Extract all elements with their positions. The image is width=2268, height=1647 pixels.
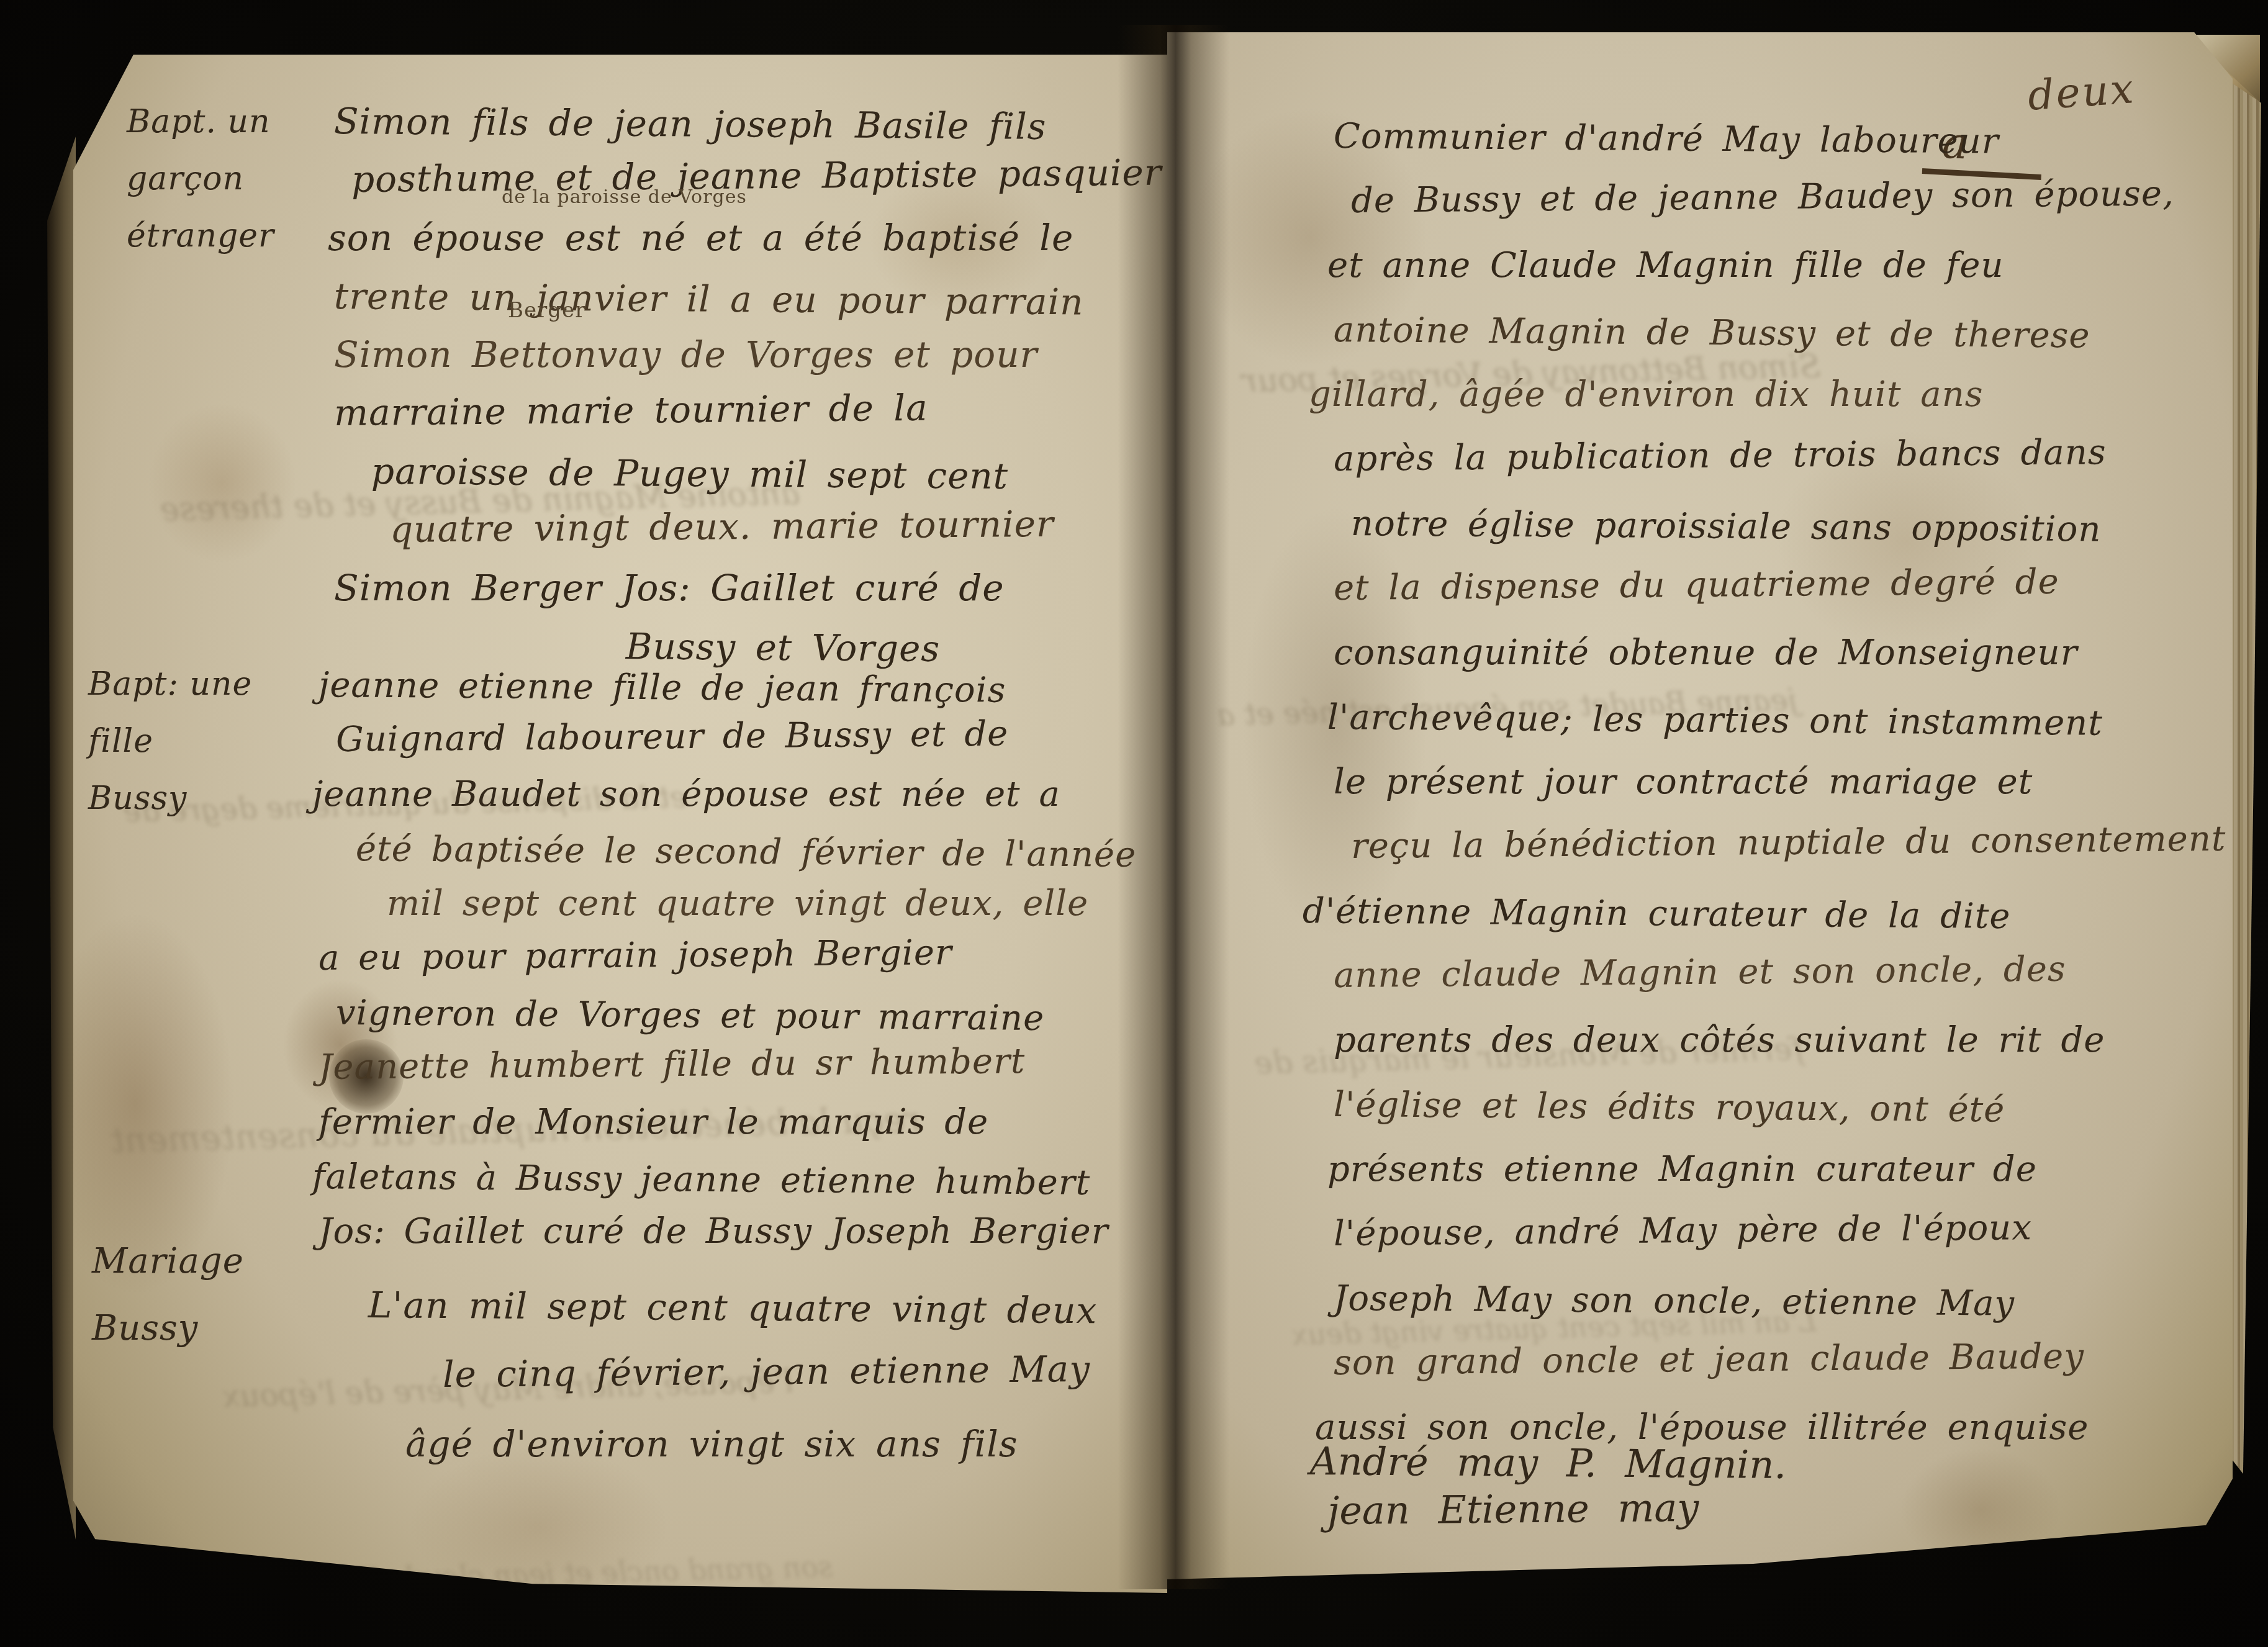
manuscript-line: trente un janvier il a eu pour parrain xyxy=(334,267,1162,332)
baptism-record-jeanne-etienne: jeanne etienne fille de jean françoisGui… xyxy=(319,658,1136,1259)
manuscript-photo: antoine Magnin de Bussy et de therese et… xyxy=(0,0,2268,1647)
right-page: Simon Bettonvay de Vorges et pour jeanne… xyxy=(1167,32,2233,1579)
margin-note-line: étranger xyxy=(127,207,274,264)
interline-insertion: de la paroisse de Vorges xyxy=(502,186,747,208)
margin-note-baptism-boy: Bapt. ungarçonétranger xyxy=(127,93,274,264)
manuscript-line: antoine Magnin de Bussy et de therese xyxy=(1334,298,2226,369)
manuscript-line: après la publication de trois bancs dans xyxy=(1334,419,2226,492)
margin-note-line: Bussy xyxy=(88,770,252,827)
marriage-record-continuation: Communier d'andré May laboureurde Bussy … xyxy=(1334,104,2226,1460)
margin-note-line: Bapt. un xyxy=(127,93,274,150)
signatures: André may P. Magnin.jean Etienne may xyxy=(1310,1437,1786,1536)
manuscript-line: faletans à Bussy jeanne etienne humbert xyxy=(312,1150,1137,1211)
margin-note-line: Mariage xyxy=(92,1228,244,1295)
manuscript-line: consanguinité obtenue de Monseigneur xyxy=(1334,621,2226,685)
signature-line: André may P. Magnin. xyxy=(1310,1437,1787,1490)
manuscript-line: le cinq février, jean etienne May xyxy=(443,1334,1098,1409)
book-spine-edge xyxy=(47,137,76,1540)
manuscript-line: L'an mil sept cent quatre vingt deux xyxy=(368,1270,1098,1345)
manuscript-line: son grand oncle et jean claude Baudey xyxy=(1334,1323,2226,1396)
manuscript-line: et anne Claude Magnin fille de feu xyxy=(1327,233,2226,298)
manuscript-line: Jeanette humbert fille du sr humbert xyxy=(319,1034,1137,1095)
margin-note-line: fille xyxy=(88,713,252,770)
manuscript-line: reçu la bénédiction nuptiale du consente… xyxy=(1351,807,2226,879)
manuscript-line: a eu pour parrain joseph Bergier xyxy=(319,924,1137,986)
manuscript-line: gillard, âgée d'environ dix huit ans xyxy=(1309,363,2226,427)
manuscript-line: et la dispense du quatrieme degré de xyxy=(1334,548,2226,621)
marriage-record-start: L'an mil sept cent quatre vingt deuxle c… xyxy=(368,1270,1097,1479)
bleed-through-text: son grand oncle et jean claude Baudey xyxy=(271,1550,833,1593)
manuscript-line: Jos: Gaillet curé de Bussy Joseph Bergie… xyxy=(319,1204,1136,1259)
margin-note-line: Bussy xyxy=(92,1295,244,1362)
manuscript-line: Simon Berger Jos: Gaillet curé de xyxy=(334,559,1162,617)
manuscript-line: quatre vingt deux. marie tournier xyxy=(390,494,1162,559)
manuscript-line: mil sept cent quatre vingt deux, elle xyxy=(387,877,1136,931)
paper-stain xyxy=(1900,1448,2061,1572)
margin-note-baptism-girl: Bapt: unefilleBussy xyxy=(88,656,252,827)
manuscript-line: l'archevêque; les parties ont instamment xyxy=(1327,685,2226,757)
manuscript-line: le présent jour contracté mariage et xyxy=(1334,750,2226,814)
manuscript-line: Simon Bettonvay de Vorges et pour xyxy=(334,325,1162,384)
manuscript-line: fermier de Monsieur le marquis de xyxy=(319,1095,1136,1150)
manuscript-line: son épouse est né et a été baptisé le xyxy=(328,209,1162,267)
signature-line: jean Etienne may xyxy=(1327,1482,1787,1536)
manuscript-line: parents des deux côtés suivant le rit de xyxy=(1334,1008,2226,1073)
left-page: antoine Magnin de Bussy et de therese et… xyxy=(73,55,1167,1593)
margin-note-line: garçon xyxy=(127,150,274,207)
manuscript-line: anne claude Magnin et son oncle, des xyxy=(1334,936,2226,1008)
interline-insertion: Berger xyxy=(508,298,586,323)
margin-note-line: Bapt: une xyxy=(88,656,252,713)
margin-note-marriage: MariageBussy xyxy=(92,1228,244,1362)
manuscript-line: été baptisée le second février de l'anné… xyxy=(356,822,1137,883)
paper-stain xyxy=(148,402,297,564)
manuscript-line: jeanne Baudet son épouse est née et a xyxy=(312,767,1136,822)
manuscript-line: posthume et de jeanne Baptiste pasquier xyxy=(351,143,1162,209)
manuscript-line: marraine marie tournier de la xyxy=(334,376,1162,442)
manuscript-line: présents etienne Magnin curateur de xyxy=(1327,1137,2226,1202)
manuscript-line: Guignard laboureur de Bussy et de xyxy=(336,706,1137,767)
manuscript-line: âgé d'environ vingt six ans fils xyxy=(405,1409,1097,1479)
baptism-record-simon: Simon fils de jean joseph Basile filspos… xyxy=(334,92,1162,675)
manuscript-line: de Bussy et de jeanne Baudey son épouse, xyxy=(1351,161,2226,233)
manuscript-line: l'église et les édits royaux, ont été xyxy=(1334,1073,2226,1144)
manuscript-line: l'épouse, andré May père de l'époux xyxy=(1334,1194,2226,1266)
